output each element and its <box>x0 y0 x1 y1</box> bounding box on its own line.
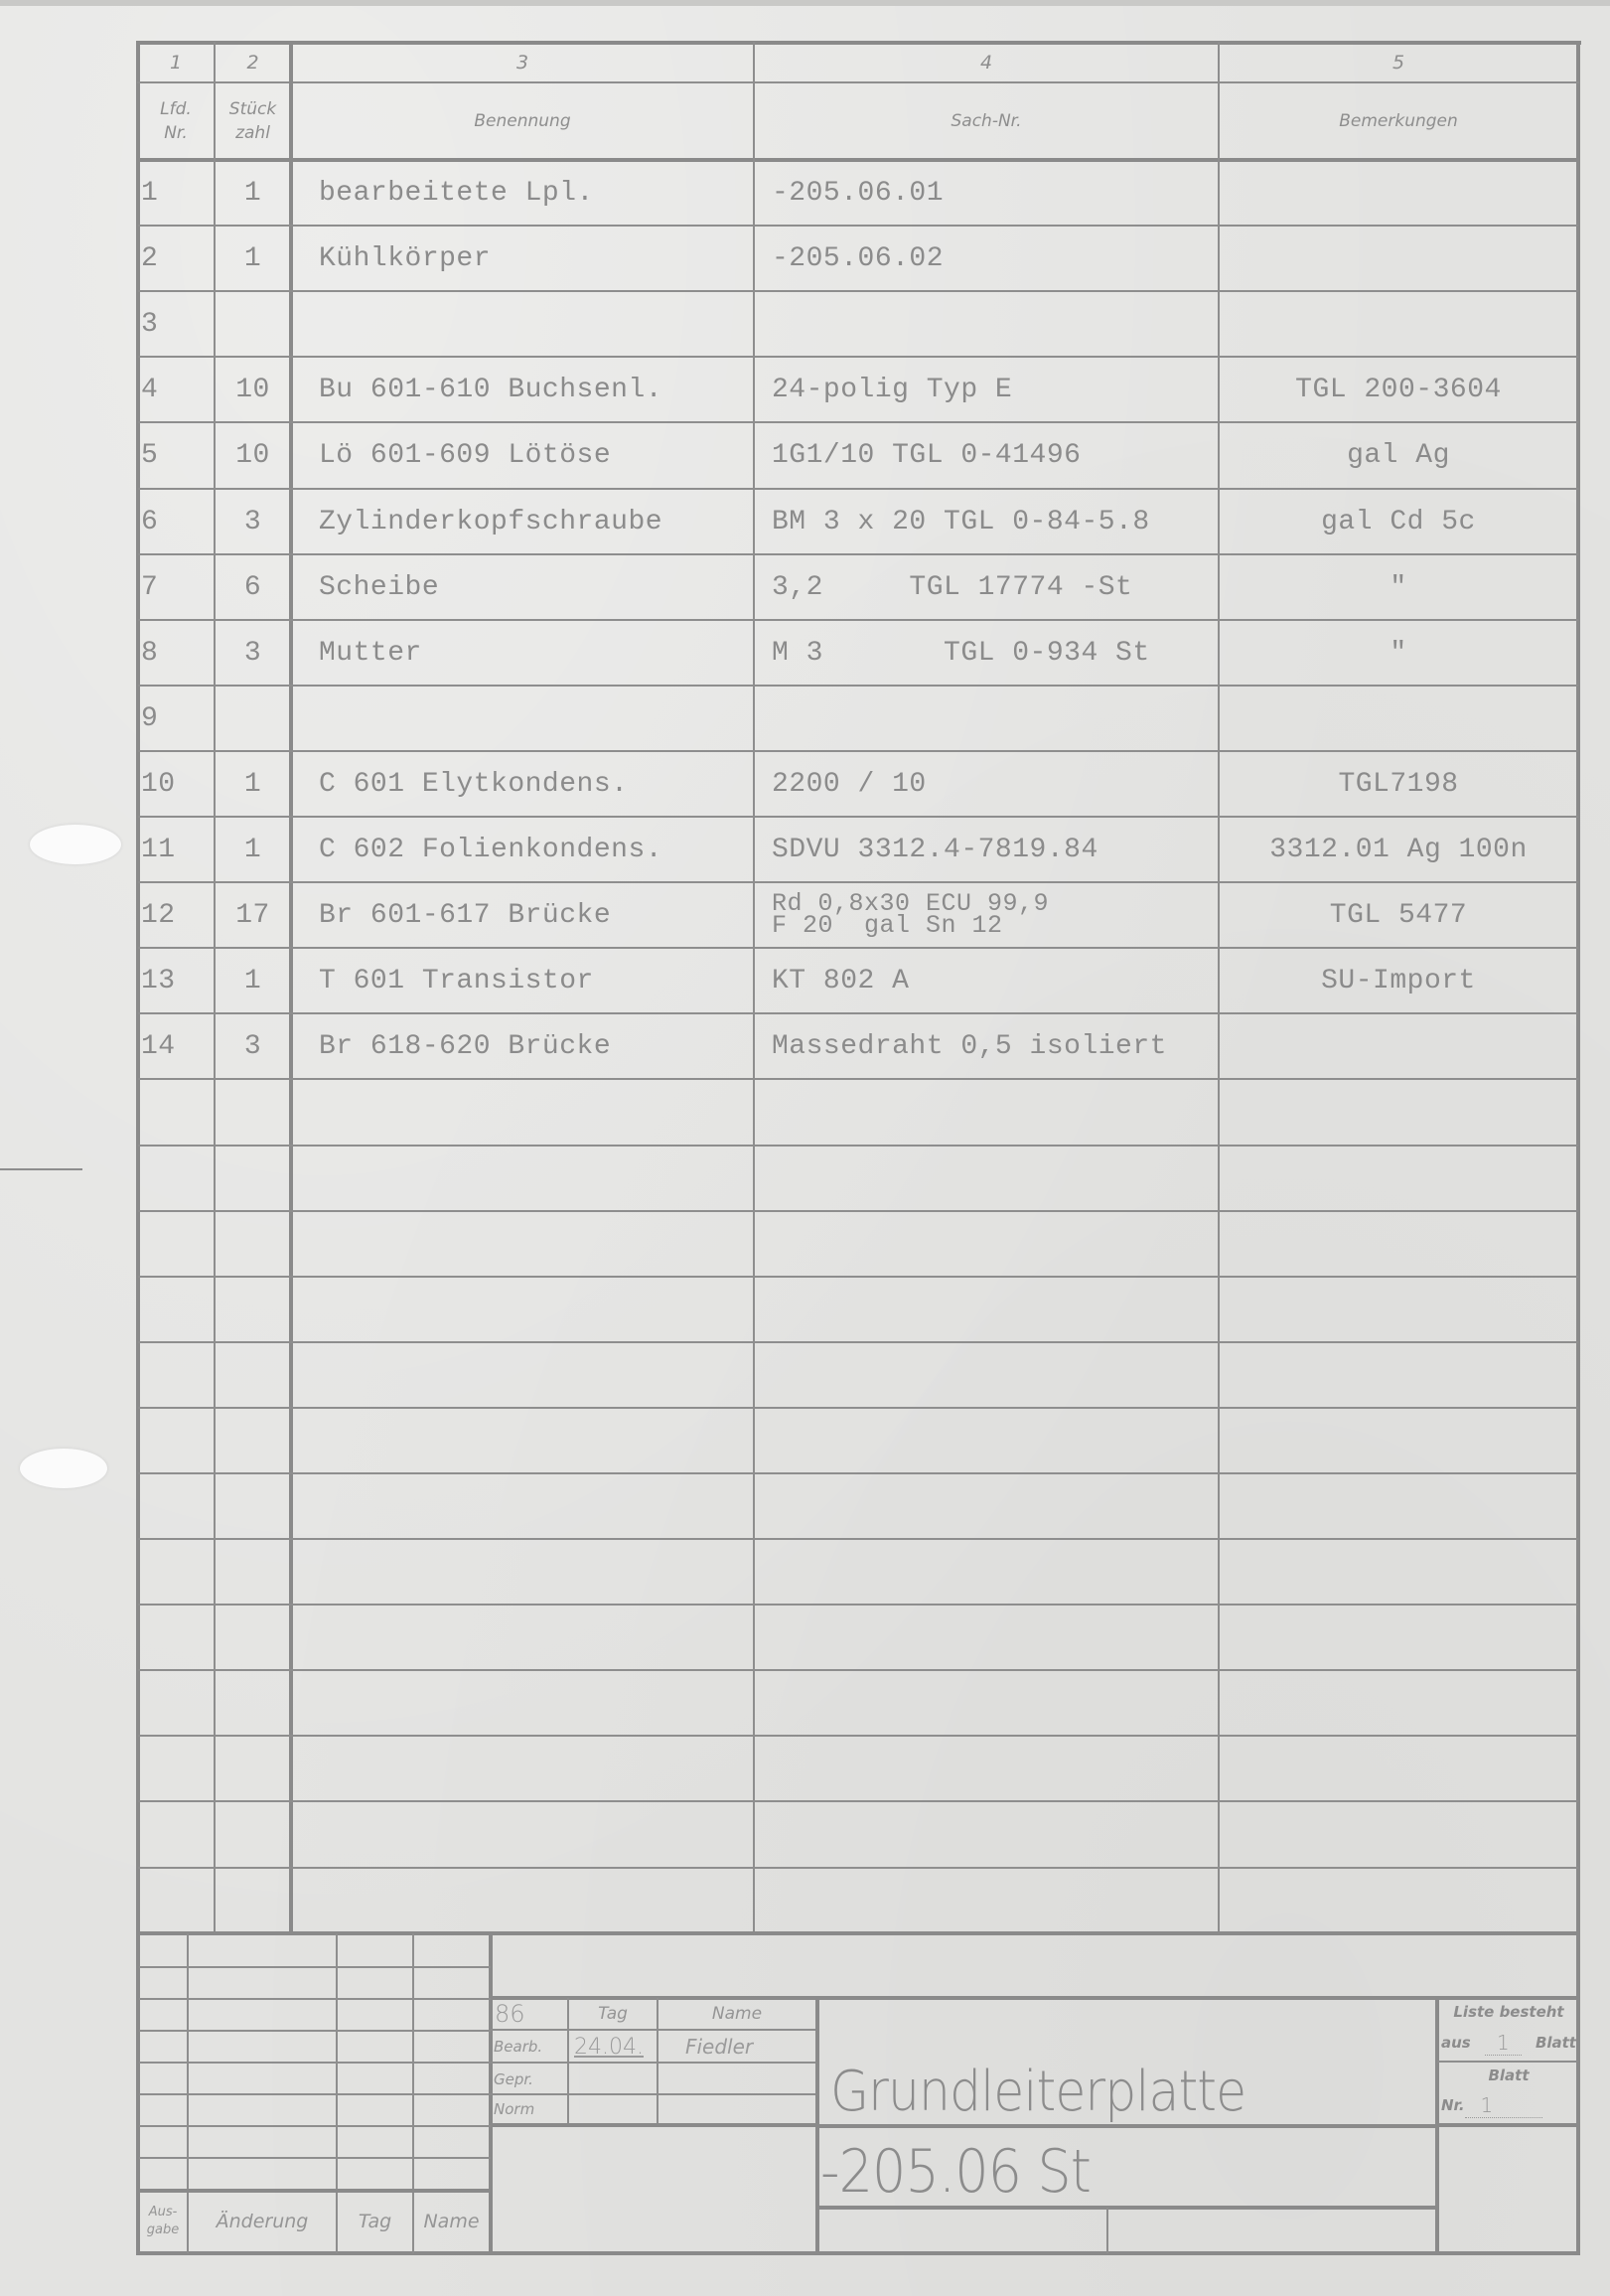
row-lfd-nr: 14 <box>141 1013 215 1079</box>
column-number-5: 5 <box>1219 42 1578 82</box>
approval-bottom-line <box>491 2123 816 2127</box>
row-line <box>138 1735 1578 1737</box>
row-sach-nr: KT 802 A <box>754 948 1219 1013</box>
column-header-lfd-nr: Lfd. Nr. <box>137 83 215 159</box>
row-qty: 3 <box>215 620 291 686</box>
drawing-title: Grundleiterplatte <box>830 2057 1367 2126</box>
row-bemerkung: gal Cd 5c <box>1219 489 1578 554</box>
sheet-number-row: Nr. 1 <box>1439 2088 1578 2122</box>
column-number-1: 1 <box>137 42 215 82</box>
row-sach-nr: M 3 TGL 0-934 St <box>754 620 1219 686</box>
row-lfd-nr: 1 <box>141 160 215 226</box>
row-bemerkung <box>1219 226 1578 291</box>
sheet-number-nr-label: Nr. <box>1441 2096 1465 2114</box>
sheet-count-aus-label: aus <box>1441 2034 1471 2052</box>
column-number-3: 3 <box>291 42 754 82</box>
row-line <box>138 1341 1578 1343</box>
title-block-top-border <box>137 1931 1579 1935</box>
row-benennung: T 601 Transistor <box>291 948 754 1013</box>
approval-year: 86 <box>495 1998 566 2030</box>
row-line <box>138 1276 1578 1278</box>
row-qty: 1 <box>215 226 291 291</box>
rev-header-name: Name <box>414 2192 489 2251</box>
row-lfd-nr: 8 <box>141 620 215 686</box>
row-qty: 1 <box>215 160 291 226</box>
row-line <box>138 1472 1578 1474</box>
row-qty: 3 <box>215 489 291 554</box>
approval-header-tag: Tag <box>569 1998 657 2030</box>
sheet-count-label: Liste besteht <box>1439 1999 1578 2025</box>
row-benennung <box>291 686 754 751</box>
column-header-lfd-nr-line2: Nr. <box>164 121 188 145</box>
row-lfd-nr: 4 <box>141 357 215 422</box>
table-left-border <box>136 41 140 1935</box>
rev-header-ausgabe: Aus- gabe <box>139 2192 187 2251</box>
row-benennung: Mutter <box>291 620 754 686</box>
row-benennung: C 601 Elytkondens. <box>291 751 754 817</box>
title-block-bottom-border <box>137 2251 1579 2255</box>
page-top-edge <box>0 0 1610 6</box>
approval-signature-bearb: Fiedler <box>685 2031 814 2063</box>
row-bemerkung: " <box>1219 554 1578 620</box>
rev-row-line <box>139 2125 491 2127</box>
row-sach-nr: 2200 / 10 <box>754 751 1219 817</box>
row-bemerkung <box>1219 160 1578 226</box>
rev-row-line <box>139 2157 491 2159</box>
approval-label-gepr: Gepr. <box>494 2064 567 2095</box>
column-number-4: 4 <box>754 42 1219 82</box>
approval-label-norm: Norm <box>494 2095 567 2123</box>
rev-header-aenderung: Änderung <box>189 2192 336 2251</box>
column-header-sach-nr: Sach-Nr. <box>754 83 1219 159</box>
row-lfd-nr: 10 <box>141 751 215 817</box>
row-bemerkung: TGL 200-3604 <box>1219 357 1578 422</box>
row-bemerkung: TGL7198 <box>1219 751 1578 817</box>
fold-mark <box>0 1168 82 1170</box>
row-qty: 6 <box>215 554 291 620</box>
row-qty <box>215 291 291 357</box>
row-benennung: Scheibe <box>291 554 754 620</box>
row-lfd-nr: 11 <box>141 817 215 882</box>
row-qty: 1 <box>215 948 291 1013</box>
row-bemerkung: TGL 5477 <box>1219 882 1578 948</box>
column-header-lfd-nr-line1: Lfd. <box>160 97 192 121</box>
row-bemerkung <box>1219 291 1578 357</box>
row-qty: 1 <box>215 751 291 817</box>
row-benennung: C 602 Folienkondens. <box>291 817 754 882</box>
row-sach-nr: 24-polig Typ E <box>754 357 1219 422</box>
sheet-box-bottom-line <box>1437 2123 1578 2127</box>
row-qty: 10 <box>215 422 291 488</box>
row-line <box>138 1604 1578 1606</box>
sheet-count-value: 1 <box>1485 2031 1522 2056</box>
row-bemerkung <box>1219 686 1578 751</box>
row-line <box>138 1867 1578 1869</box>
row-sach-nr: BM 3 x 20 TGL 0-84-5.8 <box>754 489 1219 554</box>
row-line <box>138 1145 1578 1147</box>
drawing-number: -205.06 St <box>820 2136 1178 2208</box>
approval-date-bearb: 24.04. <box>574 2031 656 2063</box>
row-lfd-nr: 12 <box>141 882 215 948</box>
rev-header-ausgabe-line1: Aus- <box>149 2204 178 2221</box>
row-lfd-nr: 13 <box>141 948 215 1013</box>
row-bemerkung: " <box>1219 620 1578 686</box>
row-sach-nr: SDVU 3312.4-7819.84 <box>754 817 1219 882</box>
row-benennung: Br 618-620 Brücke <box>291 1013 754 1079</box>
row-benennung: bearbeitete Lpl. <box>291 160 754 226</box>
punch-hole-bottom <box>20 1449 107 1488</box>
row-qty: 10 <box>215 357 291 422</box>
rev-row-line <box>139 2062 491 2064</box>
rev-header-ausgabe-line2: gabe <box>147 2221 179 2239</box>
row-lfd-nr: 6 <box>141 489 215 554</box>
rev-row-line <box>139 2093 491 2095</box>
column-number-2: 2 <box>215 42 291 82</box>
title-bottom-divider <box>1106 2208 1108 2253</box>
row-qty: 17 <box>215 882 291 948</box>
row-sach-nr: 3,2 TGL 17774 -St <box>754 554 1219 620</box>
row-bemerkung <box>1219 1013 1578 1079</box>
row-line <box>138 1800 1578 1802</box>
row-sach-nr: Rd 0,8x30 ECU 99,9 F 20 gal Sn 12 <box>754 882 1219 948</box>
row-qty: 3 <box>215 1013 291 1079</box>
row-lfd-nr: 9 <box>141 686 215 751</box>
row-sach-nr <box>754 686 1219 751</box>
sheet-number-value: 1 <box>1465 2093 1543 2118</box>
sheet-count-row: aus 1 Blatt <box>1439 2027 1578 2059</box>
column-header-stueckzahl-line1: Stück <box>229 97 276 121</box>
row-bemerkung: SU-Import <box>1219 948 1578 1013</box>
row-benennung: Kühlkörper <box>291 226 754 291</box>
rev-header-tag: Tag <box>338 2192 412 2251</box>
row-sach-nr-line2: F 20 gal Sn 12 <box>772 915 1003 937</box>
rev-row-line <box>139 1966 491 1968</box>
row-qty: 1 <box>215 817 291 882</box>
row-benennung: Lö 601-609 Lötöse <box>291 422 754 488</box>
row-lfd-nr: 5 <box>141 422 215 488</box>
column-header-bemerkungen: Bemerkungen <box>1219 83 1578 159</box>
row-line <box>138 1538 1578 1540</box>
column-header-benennung: Benennung <box>291 83 754 159</box>
row-benennung: Bu 601-610 Buchsenl. <box>291 357 754 422</box>
rev-row-line <box>139 1998 491 2000</box>
row-line <box>138 1210 1578 1212</box>
column-header-stueckzahl-line2: zahl <box>235 121 270 145</box>
row-sach-nr: -205.06.02 <box>754 226 1219 291</box>
row-lfd-nr: 3 <box>141 291 215 357</box>
row-lfd-nr: 7 <box>141 554 215 620</box>
row-sach-nr: -205.06.01 <box>754 160 1219 226</box>
row-benennung: Br 601-617 Brücke <box>291 882 754 948</box>
row-lfd-nr: 2 <box>141 226 215 291</box>
rev-row-line <box>139 2030 491 2032</box>
row-sach-nr <box>754 291 1219 357</box>
row-qty <box>215 686 291 751</box>
approval-header-name: Name <box>659 1998 815 2030</box>
row-sach-nr: Massedraht 0,5 isoliert <box>754 1013 1219 1079</box>
row-bemerkung: gal Ag <box>1219 422 1578 488</box>
row-bemerkung: 3312.01 Ag 100n <box>1219 817 1578 882</box>
sheet-count-blatt-label: Blatt <box>1536 2034 1576 2052</box>
row-line <box>138 1669 1578 1671</box>
row-line <box>138 1407 1578 1409</box>
punch-hole-top <box>30 825 121 864</box>
row-benennung: Zylinderkopfschraube <box>291 489 754 554</box>
row-benennung <box>291 291 754 357</box>
row-sach-nr: 1G1/10 TGL 0-41496 <box>754 422 1219 488</box>
approval-label-bearb: Bearb. <box>494 2031 567 2063</box>
column-header-stueckzahl: Stück zahl <box>215 83 291 159</box>
sheet-number-label: Blatt <box>1439 2063 1578 2088</box>
